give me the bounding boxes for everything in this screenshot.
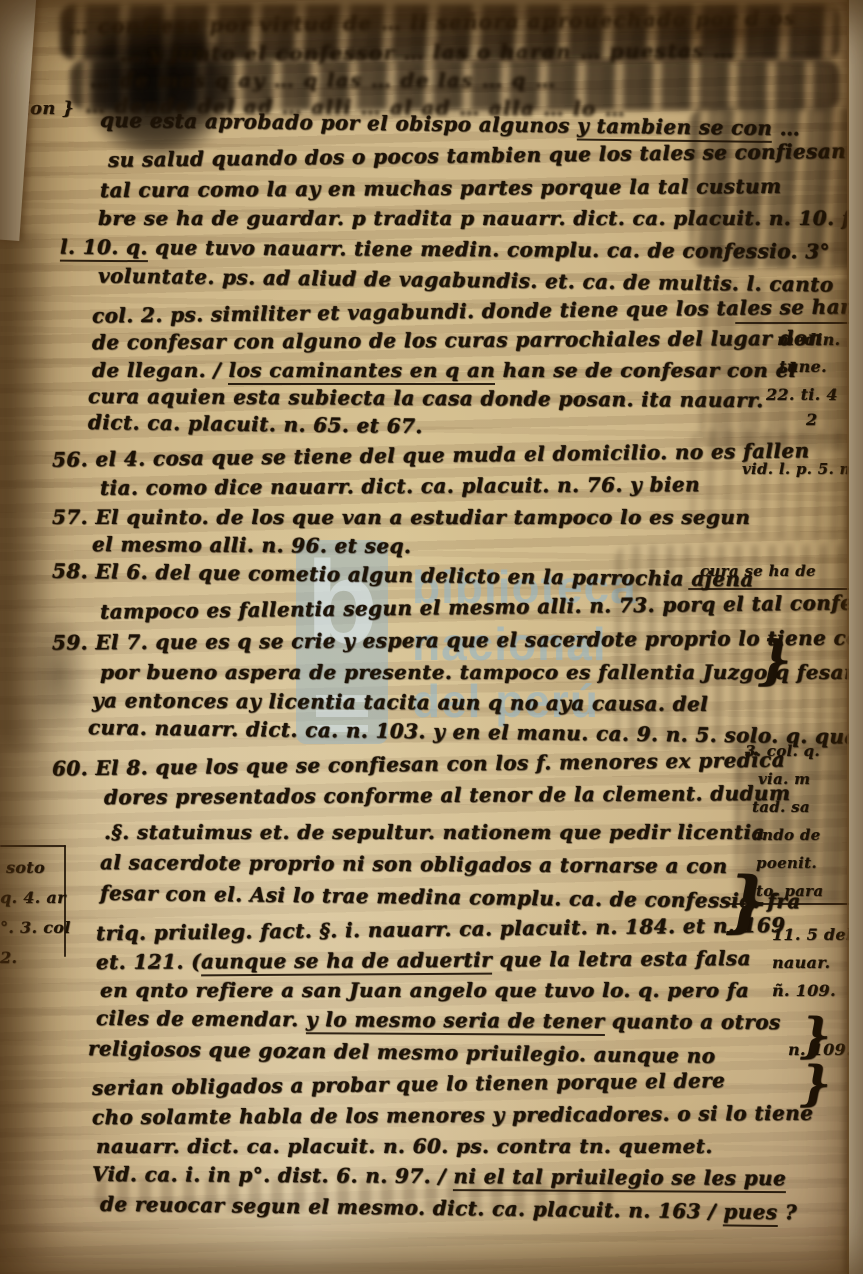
margin-note-right: } [726, 862, 769, 940]
margin-note-right: nauar. [772, 953, 830, 972]
margin-note-right: ando de [752, 826, 820, 844]
margin-note-right: 3. col. q. [745, 742, 820, 760]
margin-note-right: tune. [779, 357, 827, 376]
margin-note-right: } [758, 630, 792, 691]
page-edge-right [847, 0, 863, 1274]
margin-note-right: 22. ti. 4 [766, 385, 838, 404]
margin-note-right: medin. [777, 330, 840, 349]
margin-note-right: vid. l. p. 5. me [742, 460, 863, 478]
margin-note-right: 11. 5 del [772, 925, 852, 944]
margin-note-right: via. m [758, 770, 810, 788]
margin-note-right: ñ. 109. [772, 981, 836, 1000]
margin-note-right: cura se ha de [700, 562, 816, 580]
margin-note-right: } [800, 1056, 831, 1112]
manuscript-page: b biblioteca nacional del perú … confies… [0, 0, 863, 1274]
margin-note-right: 2 [806, 410, 817, 429]
right-marginalia: medin.tune.22. ti. 42vid. l. p. 5. mecur… [0, 0, 863, 1274]
margin-note-right: tad. sa [752, 798, 810, 816]
